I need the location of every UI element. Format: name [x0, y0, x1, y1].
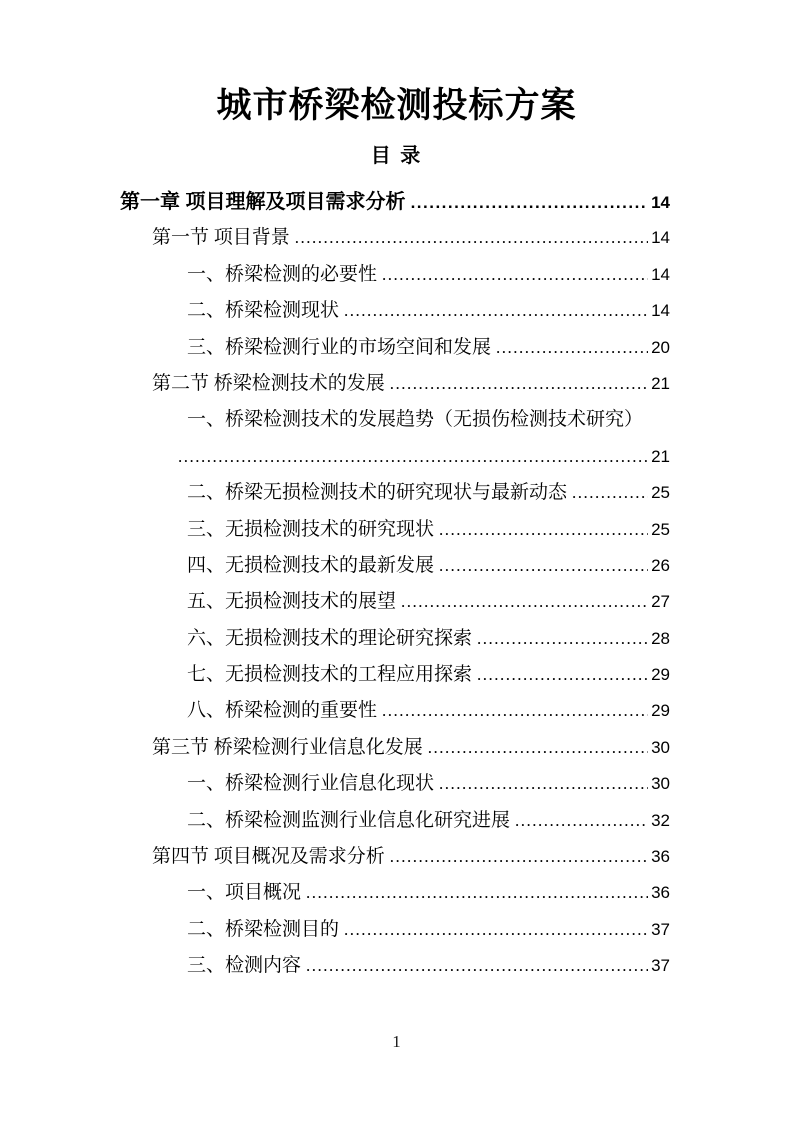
toc-entry[interactable]: 二、桥梁检测监测行业信息化研究进展32	[120, 803, 670, 839]
toc-entry-text: 二、桥梁检测目的	[120, 912, 339, 948]
toc-entry-text: 二、桥梁检测现状	[120, 293, 339, 329]
toc-entry-page: 36	[651, 875, 670, 911]
toc-entry[interactable]: 七、无损检测技术的工程应用探索29	[120, 657, 670, 693]
toc-entry-page: 30	[651, 730, 670, 766]
toc-leader-dots	[411, 185, 649, 221]
toc-leader-dots	[306, 948, 648, 984]
toc-entry-text: 第二节 桥梁检测技术的发展	[120, 366, 385, 402]
toc-entry-page: 30	[651, 766, 670, 802]
toc-leader-dots	[515, 803, 648, 839]
toc-entry-page: 25	[651, 512, 670, 548]
toc-entry-page: 37	[651, 912, 670, 948]
toc-leader-dots	[306, 875, 648, 911]
toc-entry-text: 第一节 项目背景	[120, 220, 290, 256]
toc-entry[interactable]: 六、无损检测技术的理论研究探索28	[120, 621, 670, 657]
toc-leader-dots	[344, 293, 648, 329]
toc-leader-dots	[390, 839, 648, 875]
toc-entry[interactable]: 八、桥梁检测的重要性29	[120, 693, 670, 729]
toc-entry-text: 三、检测内容	[120, 948, 301, 984]
toc-entry-page: 36	[651, 839, 670, 875]
toc-entry[interactable]: 第一章 项目理解及项目需求分析14	[120, 184, 670, 220]
toc-leader-dots	[295, 220, 648, 256]
toc-entry[interactable]: 第三节 桥梁检测行业信息化发展30	[120, 730, 670, 766]
toc-leader-dots	[439, 766, 648, 802]
toc-entry[interactable]: 一、项目概况36	[120, 875, 670, 911]
toc-entry-continuation[interactable]: 21	[120, 439, 670, 475]
toc-leader-dots	[477, 657, 648, 693]
toc-entry[interactable]: 五、无损检测技术的展望27	[120, 584, 670, 620]
toc-entry-page: 32	[651, 803, 670, 839]
document-page: 城市桥梁检测投标方案 目 录 第一章 项目理解及项目需求分析14第一节 项目背景…	[0, 0, 793, 1122]
document-title: 城市桥梁检测投标方案	[0, 0, 793, 126]
toc-leader-dots	[178, 439, 648, 475]
toc-entry-text: 三、无损检测技术的研究现状	[120, 512, 434, 548]
toc-entry-text: 一、桥梁检测技术的发展趋势（无损伤检测技术研究）	[120, 402, 643, 438]
toc-entry-text: 二、桥梁检测监测行业信息化研究进展	[120, 803, 510, 839]
toc-leader-dots	[439, 548, 648, 584]
toc-entry-page: 27	[651, 584, 670, 620]
toc-heading: 目 录	[0, 144, 793, 168]
toc-entry[interactable]: 三、桥梁检测行业的市场空间和发展20	[120, 330, 670, 366]
toc-entry-text: 一、项目概况	[120, 875, 301, 911]
page-number: 1	[0, 1032, 793, 1052]
toc-entry-page: 21	[651, 366, 670, 402]
toc-entry-page: 29	[651, 657, 670, 693]
toc-entry-text: 第四节 项目概况及需求分析	[120, 839, 385, 875]
toc-entry-page: 25	[651, 475, 670, 511]
toc-entry[interactable]: 三、检测内容37	[120, 948, 670, 984]
toc-entry-page: 14	[651, 257, 670, 293]
toc-entry-page: 37	[651, 948, 670, 984]
toc-entry[interactable]: 三、无损检测技术的研究现状25	[120, 512, 670, 548]
toc-entry[interactable]: 第二节 桥梁检测技术的发展21	[120, 366, 670, 402]
toc-entry[interactable]: 四、无损检测技术的最新发展26	[120, 548, 670, 584]
toc-entry-text: 六、无损检测技术的理论研究探索	[120, 621, 472, 657]
toc-entry-text: 一、桥梁检测行业信息化现状	[120, 766, 434, 802]
toc-entry[interactable]: 一、桥梁检测技术的发展趋势（无损伤检测技术研究）	[120, 402, 670, 438]
toc-entry-text: 七、无损检测技术的工程应用探索	[120, 657, 472, 693]
toc-entry-text: 第一章 项目理解及项目需求分析	[120, 184, 406, 220]
toc-entry-text: 五、无损检测技术的展望	[120, 584, 396, 620]
toc-entry-page: 26	[651, 548, 670, 584]
toc-entry-page: 28	[651, 621, 670, 657]
toc-leader-dots	[390, 366, 648, 402]
toc-entry-text: 四、无损检测技术的最新发展	[120, 548, 434, 584]
toc-leader-dots	[401, 584, 648, 620]
toc-entry-page: 14	[651, 220, 670, 256]
table-of-contents: 第一章 项目理解及项目需求分析14第一节 项目背景14一、桥梁检测的必要性14二…	[120, 184, 670, 985]
toc-entry[interactable]: 二、桥梁检测目的37	[120, 912, 670, 948]
toc-entry-text: 三、桥梁检测行业的市场空间和发展	[120, 330, 491, 366]
toc-entry[interactable]: 一、桥梁检测行业信息化现状30	[120, 766, 670, 802]
toc-entry-page: 14	[651, 293, 670, 329]
toc-entry-text: 第三节 桥梁检测行业信息化发展	[120, 730, 423, 766]
toc-entry[interactable]: 二、桥梁检测现状14	[120, 293, 670, 329]
toc-entry-text: 一、桥梁检测的必要性	[120, 257, 377, 293]
toc-leader-dots	[382, 693, 648, 729]
toc-leader-dots	[428, 730, 648, 766]
toc-entry[interactable]: 第四节 项目概况及需求分析36	[120, 839, 670, 875]
toc-leader-dots	[439, 512, 648, 548]
toc-entry-page: 21	[651, 439, 670, 475]
toc-entry[interactable]: 第一节 项目背景14	[120, 220, 670, 256]
toc-entry-text: 二、桥梁无损检测技术的研究现状与最新动态	[120, 475, 567, 511]
toc-entry-text: 八、桥梁检测的重要性	[120, 693, 377, 729]
toc-entry[interactable]: 一、桥梁检测的必要性14	[120, 257, 670, 293]
toc-entry-page: 29	[651, 693, 670, 729]
toc-leader-dots	[496, 330, 648, 366]
toc-leader-dots	[382, 257, 648, 293]
toc-leader-dots	[572, 475, 648, 511]
toc-leader-dots	[477, 621, 648, 657]
toc-entry[interactable]: 二、桥梁无损检测技术的研究现状与最新动态25	[120, 475, 670, 511]
toc-leader-dots	[344, 912, 648, 948]
toc-entry-page: 20	[651, 330, 670, 366]
toc-entry-page: 14	[651, 185, 670, 221]
